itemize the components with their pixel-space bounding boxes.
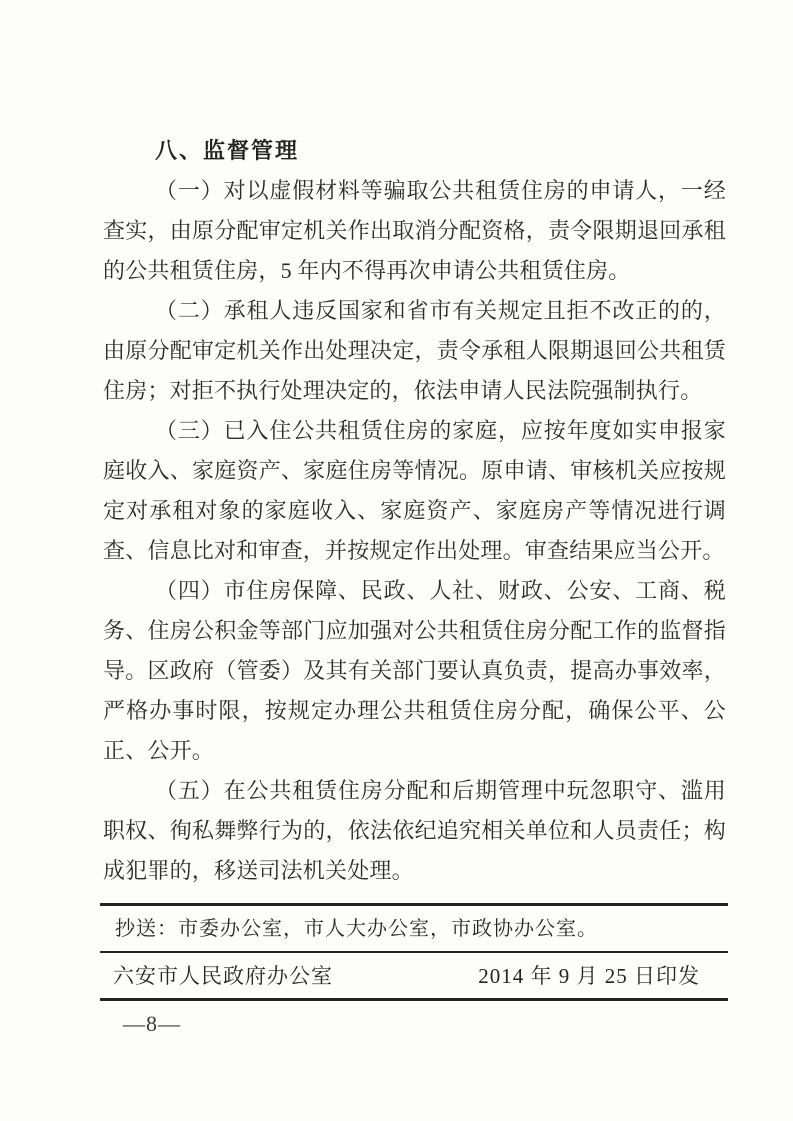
clause-3: （三）已入住公共租赁住房的家庭，应按年度如实申报家庭收入、家庭资产、家庭住房等情… [103,411,726,571]
issuer-row: 六安市人民政府办公室 2014 年 9 月 25 日印发 [100,953,728,998]
print-date: 2014 年 9 月 25 日印发 [478,963,700,989]
page-number: —8— [123,1010,181,1038]
section-heading: 八、监督管理 [103,131,726,171]
clause-5: （五）在公共租赁住房分配和后期管理中玩忽职守、滥用职权、徇私舞弊行为的，依法依纪… [103,771,726,891]
divider-bottom [100,998,728,1001]
document-footer: 抄送：市委办公室，市人大办公室，市政协办公室。 六安市人民政府办公室 2014 … [100,903,728,1001]
cc-line: 抄送：市委办公室，市人大办公室，市政协办公室。 [100,906,728,951]
document-page: 八、监督管理 （一）对以虚假材料等骗取公共租赁住房的申请人，一经查实，由原分配审… [0,0,793,1121]
issuing-office: 六安市人民政府办公室 [113,963,333,989]
clause-2: （二）承租人违反国家和省市有关规定且拒不改正的的，由原分配审定机关作出处理决定，… [103,291,726,411]
clause-4: （四）市住房保障、民政、人社、财政、公安、工商、税务、住房公积金等部门应加强对公… [103,571,726,771]
clause-1: （一）对以虚假材料等骗取公共租赁住房的申请人，一经查实，由原分配审定机关作出取消… [103,171,726,291]
document-body: 八、监督管理 （一）对以虚假材料等骗取公共租赁住房的申请人，一经查实，由原分配审… [103,131,726,891]
